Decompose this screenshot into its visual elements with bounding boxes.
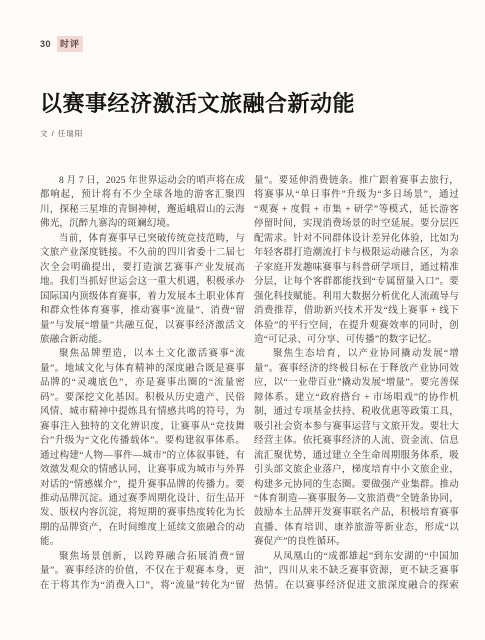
paragraph: 当前，体育赛事早已突破传统竞技范畴，与文旅产业深度链接。不久前的四川省委十二届七… [40,232,245,348]
article-title: 以赛事经济激活文旅融合新动能 [40,90,459,118]
article-byline: 文 / 任瑞阳 [40,128,83,139]
paragraph: 8 月 7 日，2025 年世界运动会的哨声将在成都响起，预计将有不少全球各地的… [40,174,245,232]
article-body: 8 月 7 日，2025 年世界运动会的哨声将在成都响起，预计将有不少全球各地的… [40,174,459,600]
page-header: 30 时评 [40,36,83,52]
paragraph: 聚焦品牌塑造，以本土文化激活赛事“流量”。地域文化与体育精神的深度融合既是赛事品… [40,347,245,549]
magazine-page: 30 时评 以赛事经济激活文旅融合新动能 文 / 任瑞阳 8 月 7 日，202… [0,0,485,640]
paragraph: 聚焦生态培育，以产业协同撬动发展“增量”。赛事经济的终极目标在于释放产业协同效应… [254,347,459,549]
section-label: 时评 [57,36,83,52]
page-number: 30 [40,39,51,49]
